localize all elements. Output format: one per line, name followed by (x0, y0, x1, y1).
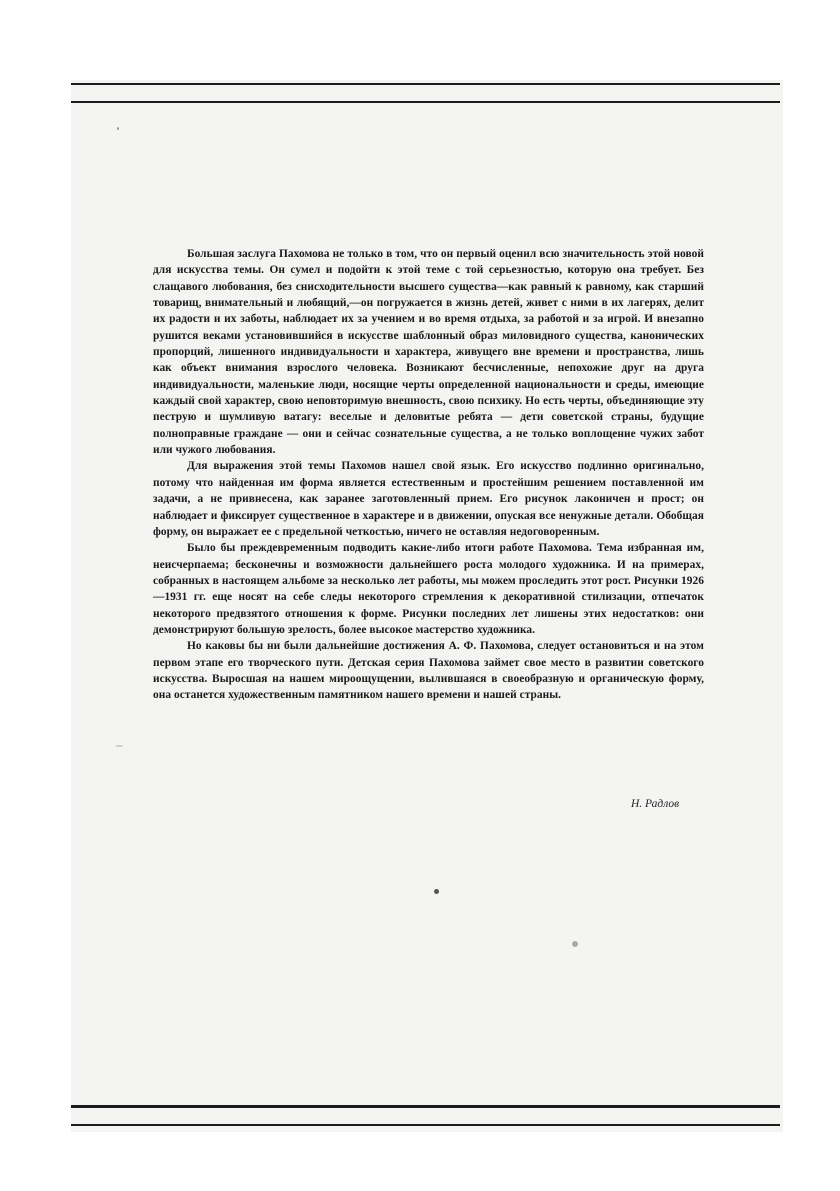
paragraph: Но каковы бы ни были дальнейшие достижен… (153, 638, 704, 703)
paragraph: Для выражения этой темы Пахомов нашел св… (153, 458, 704, 540)
bottom-rule-outer (71, 1124, 780, 1126)
print-speck (434, 889, 439, 894)
paragraph: Было бы преждевременным подводить какие-… (153, 540, 704, 638)
print-speck (572, 941, 578, 947)
print-speck (115, 745, 123, 747)
bottom-rule-inner (71, 1105, 780, 1108)
author-signature: Н. Радлов (631, 798, 679, 810)
top-rule-outer (71, 83, 780, 85)
print-speck (117, 127, 119, 130)
paragraph: Большая заслуга Пахомова не только в том… (153, 246, 704, 458)
top-rule-inner (71, 101, 780, 103)
article-body: Большая заслуга Пахомова не только в том… (153, 246, 704, 704)
